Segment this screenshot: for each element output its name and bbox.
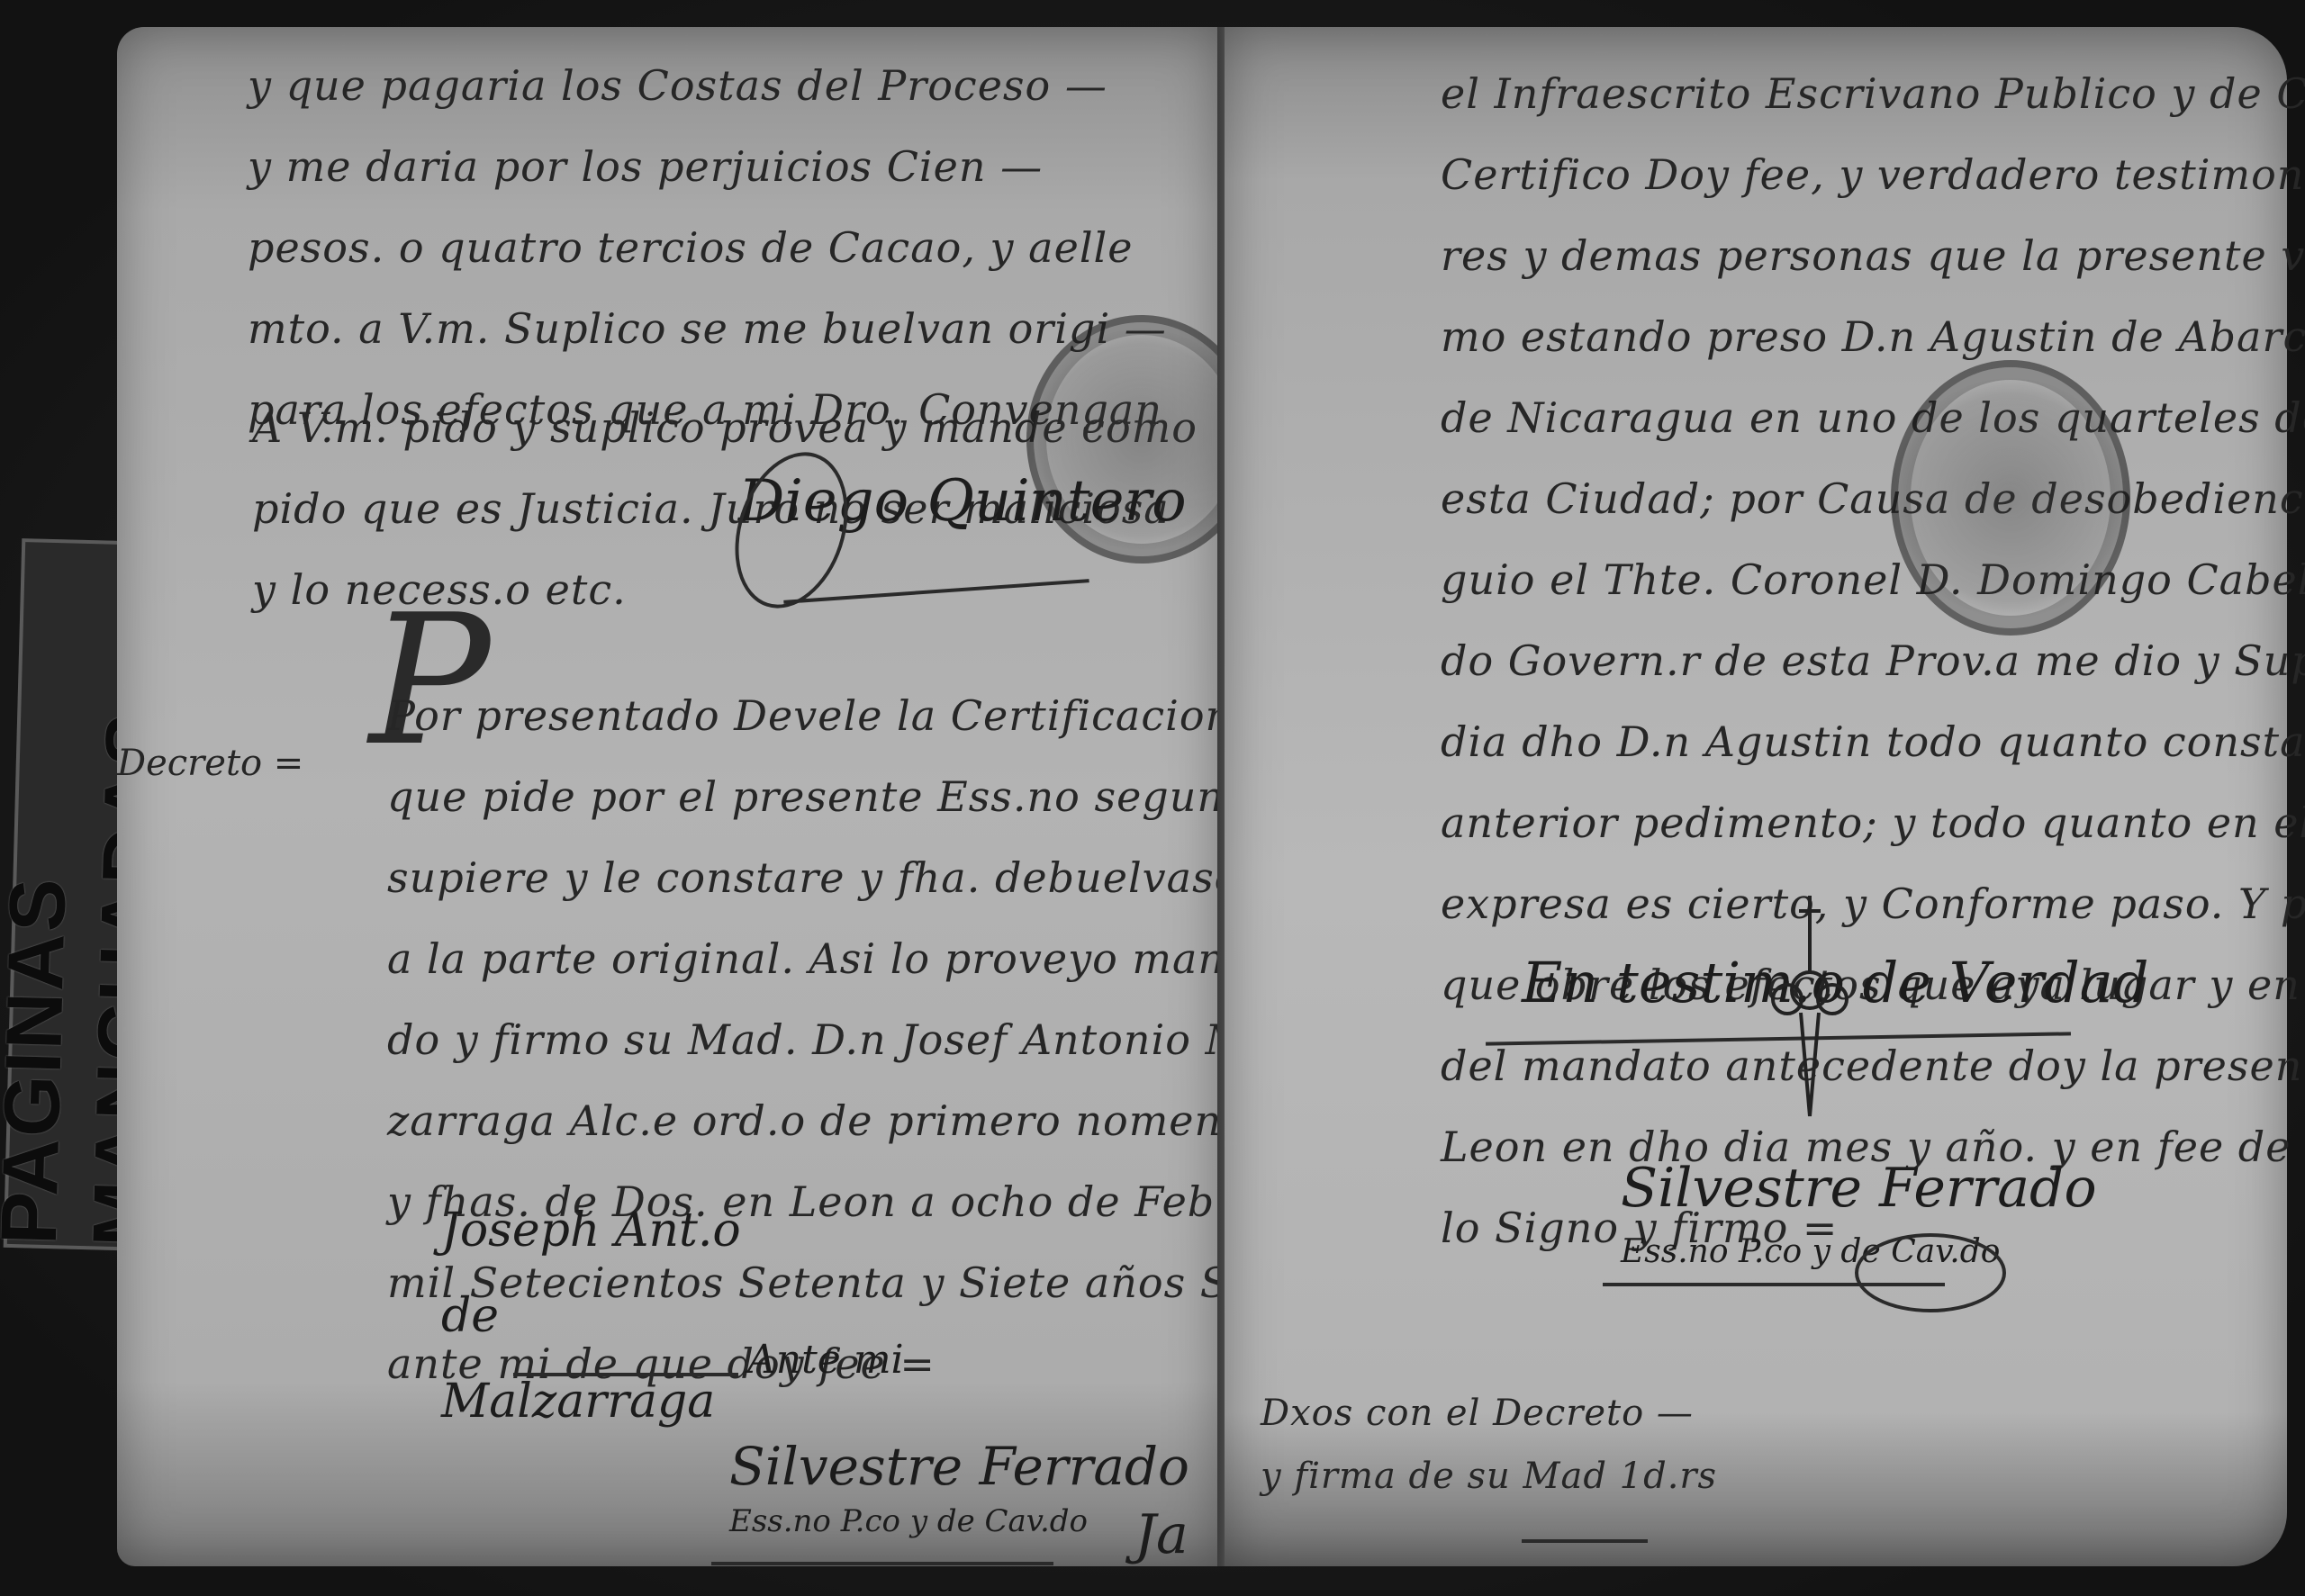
footer-note: Dxos con el Decreto — y firma de su Mad … [1261,1382,1717,1508]
text-line: esta Ciudad; por Causa de desobediencia … [1441,459,2305,540]
text-line: pesos. o quatro tercios de Cacao, y aell… [248,207,1167,288]
left-page: y que pagaria los Costas del Proceso — y… [117,27,1220,1566]
text-line: dia dho D.n Agustin todo quanto consta d… [1441,702,2305,783]
signature-flourish [1855,1233,2006,1312]
notarial-cross-icon [1765,891,1855,1125]
text-line: expresa es cierto, y Conforme paso. Y pa… [1441,864,2305,945]
notary-title: Ess.no P.co y de Cav.do [729,1503,1088,1539]
ante-mi-text: Ante mi [747,1337,904,1383]
signature-silvestre-ferrado: Silvestre Ferrado [1621,1157,2097,1220]
text-line: res y demas personas que la presente vie… [1441,216,2305,297]
text-line: de Nicaragua en uno de los quarteles del… [1441,378,2305,459]
text-line: y que pagaria los Costas del Proceso — [248,45,1167,126]
rubric-line [711,1562,1053,1565]
signature-malzarraga: Joseph Ant.o de Malzarraga [441,1188,747,1445]
rubric-line [1522,1539,1648,1543]
text-line: Certifico Doy fee, y verdadero testimoni… [1441,135,2305,216]
margin-label-decreto: Decreto = [117,743,303,784]
text-line: el Infraescrito Escrivano Publico y de C… [1441,54,2305,135]
text-line: anterior pedimento; y todo quanto en el … [1441,783,2305,864]
signature-silvestre-ferrado: Silvestre Ferrado [729,1436,1189,1497]
text-line: mto. a V.m. Suplico se me buelvan origi … [248,288,1167,369]
margin-mark: Ja [1134,1503,1189,1566]
text-line: mo estando preso D.n Agustin de Abarca v… [1441,297,2305,378]
text-line: Dxos con el Decreto — [1261,1382,1717,1445]
text-line: do Govern.r de esta Prov.a me dio y Supl… [1441,621,2305,702]
ink-seal [1891,360,2130,636]
certification-text: el Infraescrito Escrivano Publico y de C… [1441,54,2305,1269]
text-line: guio el Thte. Coronel D. Domingo Cabello… [1441,540,2305,621]
text-line: y me daria por los perjuicios Cien — [248,126,1167,207]
right-page: el Infraescrito Escrivano Publico y de C… [1225,27,2287,1566]
text-line: y firma de su Mad 1d.rs [1261,1445,1717,1508]
rubric-line [513,1373,738,1376]
